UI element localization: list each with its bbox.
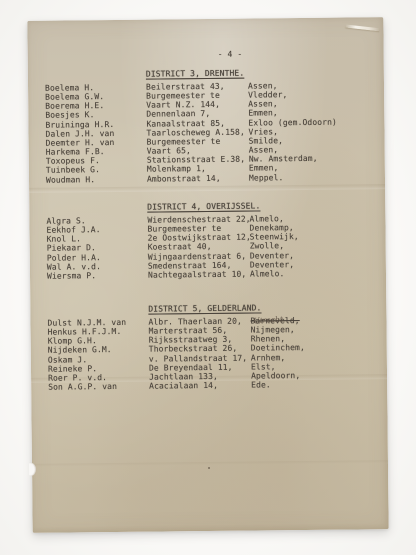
person-name: Woudman H. bbox=[46, 175, 95, 185]
person-address: Acacialaan 14, bbox=[149, 381, 218, 391]
page-number: - 4 - bbox=[218, 50, 243, 59]
person-city-text: Almelo. bbox=[250, 269, 285, 279]
person-address: Ambonstraat 14, bbox=[147, 173, 221, 183]
document-paper: - 4 - DISTRICT 3, DRENTHE. Boelema H.Bei… bbox=[27, 17, 388, 533]
person-city-text: Deventer, bbox=[250, 260, 294, 270]
district-5-rows: Dulst N.J.M. vanAlbr. Thaerlaan 20,Barne… bbox=[30, 315, 387, 392]
district-3-title: DISTRICT 3, DRENTHE. bbox=[146, 69, 244, 79]
person-city-text: Elst, bbox=[251, 362, 276, 371]
ink-speck bbox=[208, 467, 210, 469]
paper-crease-mark bbox=[345, 24, 379, 31]
district-4-title: DISTRICT 4, OVERIJSSEL. bbox=[147, 201, 260, 211]
person-city-text: Ede. bbox=[251, 380, 271, 389]
district-5-title: DISTRICT 5, GELDERLAND. bbox=[148, 303, 261, 313]
fold-crease-top bbox=[29, 184, 385, 193]
person-address: Nachtegaalstraat 10, bbox=[148, 270, 246, 280]
person-city-text: Zwolle, bbox=[250, 242, 285, 252]
district-4-rows: Algra S.Wierdenschestraat 22,Almelo,Eekh… bbox=[29, 213, 386, 281]
fold-crease-bottom bbox=[32, 460, 388, 467]
person-city-text: Deventer, bbox=[250, 251, 294, 261]
person-city-text: Meppel. bbox=[249, 173, 284, 183]
district-3-drenthe-section: DISTRICT 3, DRENTHE. Boelema H.Beilerstr… bbox=[28, 67, 384, 71]
person-city-text: Smilde, bbox=[249, 136, 284, 146]
person-name: Oskam J. bbox=[48, 355, 87, 365]
district-5-gelderland-section: DISTRICT 5, GELDERLAND. Dulst N.J.M. van… bbox=[30, 302, 386, 306]
district-4-overijssel-section: DISTRICT 4, OVERIJSSEL. Algra S.Wierdens… bbox=[29, 200, 385, 204]
person-city-text: Arnhem, bbox=[251, 353, 286, 363]
person-city-text: Emmen, bbox=[248, 109, 278, 118]
photo-backdrop: { "photo": { "background_color": "#f8f7f… bbox=[0, 0, 416, 555]
person-city-text: Vries, bbox=[248, 127, 278, 136]
person-name: Son A.G.P. van bbox=[48, 382, 117, 392]
person-city-text: Emmen, bbox=[249, 164, 279, 173]
person-name: Wiersma P. bbox=[47, 271, 96, 281]
district-3-rows: Boelema H.Beilerstraat 43,Assen,Boelema … bbox=[28, 80, 385, 184]
paper-edge-notch bbox=[29, 463, 36, 476]
person-name: Piekaar D. bbox=[47, 244, 96, 254]
